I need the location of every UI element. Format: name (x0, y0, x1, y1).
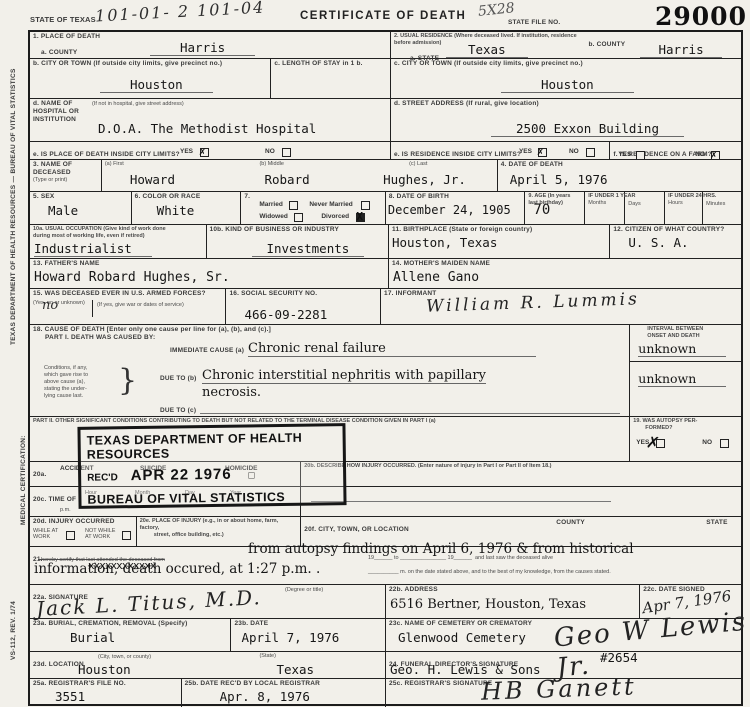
pm-label: p.m. (60, 507, 71, 514)
age-value: 70 (533, 202, 550, 218)
state-sublabel: (State) (259, 653, 382, 660)
margin-form-number: VS-112, REV. 1/74 (10, 601, 17, 660)
widowed-label: Widowed (259, 213, 287, 220)
residence-county-value: Harris (640, 42, 721, 58)
field-father-name: 13. FATHER'S NAME Howard Robard Hughes, … (30, 259, 389, 288)
residence-state-value: Texas (446, 42, 528, 58)
field-interval-column: INTERVAL BETWEEN ONSET AND DEATH unknown… (630, 325, 741, 416)
header: STATE OF TEXAS 101-01- 2 101-04 CERTIFIC… (0, 0, 750, 30)
place-city-label: b. CITY OR TOWN (If outside city limits,… (33, 60, 267, 68)
deceased-label-2: DECEASED (33, 169, 98, 177)
while-at-work-label-2: WORK (33, 534, 50, 541)
deceased-label-1: 3. NAME OF (33, 161, 98, 169)
burial-date-value: April 7, 1976 (241, 630, 339, 645)
hospital-sublabel: (If not in hospital, give street address… (92, 101, 184, 108)
immediate-cause-value: Chronic renal failure (248, 341, 536, 357)
cemetery-value: Glenwood Cemetery (398, 630, 526, 645)
married-checkbox (289, 201, 298, 210)
length-of-stay-label: c. LENGTH OF STAY in 1 b. (274, 60, 387, 68)
funeral-director-number: #2654 (600, 650, 638, 665)
conditions-brace: } (118, 363, 137, 398)
field-place-city-limits: e. IS PLACE OF DEATH INSIDE CITY LIMITS?… (30, 142, 391, 159)
registrar-date-value: Apr. 8, 1976 (220, 689, 310, 704)
hospital-value: D.O.A. The Methodist Hospital (98, 121, 316, 136)
injury-a-label: 20a. (33, 471, 46, 478)
sex-value: Male (48, 203, 78, 218)
widowed-checkbox (294, 213, 303, 222)
field-how-injury-occurred: 20b. DESCRIBE HOW INJURY OCCURRED. (Ente… (301, 462, 741, 486)
conditions-note-2: which gave rise to (44, 372, 88, 379)
received-stamp: TEXAS DEPARTMENT OF HEALTH RESOURCES REC… (77, 423, 346, 509)
injury-county-label: COUNTY (556, 519, 585, 527)
injury-f-label: 20f. CITY, TOWN, OR LOCATION (304, 526, 409, 533)
field-armed-forces: 15. WAS DECEASED EVER IN U.S. ARMED FORC… (30, 289, 226, 324)
due-to-c-label: DUE TO (c) (160, 407, 196, 415)
first-name-value: Howard (130, 172, 175, 187)
field-certifier-address: 22b. ADDRESS 6516 Bertner, Houston, Texa… (386, 585, 640, 618)
field-injury-answer-line (301, 487, 741, 516)
sex-label: 5. SEX (33, 193, 128, 201)
place-limits-yes-checkbox: ✗ (200, 148, 209, 157)
date-of-death-label: 4. DATE OF DEATH (501, 161, 738, 169)
burial-date-label: 23b. DATE (234, 620, 382, 628)
residence-county-label: b. COUNTY (588, 41, 625, 49)
margin-agency-text: TEXAS DEPARTMENT OF HEALTH RESOURCES — B… (10, 68, 17, 345)
under1-label: IF UNDER 1 YEAR (588, 193, 621, 200)
farm-no-checkbox: ✗ (711, 151, 720, 160)
field-hospital: d. NAME OF HOSPITAL OR INSTITUTION (If n… (30, 99, 391, 141)
injury-answer-line (311, 501, 611, 502)
injury-c-label: 20c. TIME OF (33, 496, 76, 503)
field-birthplace: 11. BIRTHPLACE (State or foreign country… (389, 225, 610, 258)
conditions-note-3: above cause (a), (44, 379, 85, 386)
place-city-limits-label: e. IS PLACE OF DEATH INSIDE CITY LIMITS? (33, 151, 180, 158)
field-residence-city: c. CITY OR TOWN (If outside city limits,… (391, 59, 741, 98)
field-registrar-signature: 25c. REGISTRAR'S SIGNATURE HB Ganett (386, 679, 741, 707)
never-married-checkbox (361, 201, 370, 210)
field-length-of-stay: c. LENGTH OF STAY in 1 b. (271, 59, 391, 98)
funeral-director-value: Geo. H. Lewis & Sons (390, 662, 541, 677)
armed-sub2: (If yes, give war or dates of service) (92, 300, 184, 317)
residence-limits-yes-checkbox: ✗ (538, 148, 547, 157)
due-to-b-label: DUE TO (b) (160, 375, 197, 383)
stamp-box-glyph: □ (248, 470, 254, 481)
handwritten-file-code: 101-01- 2 101-04 (95, 0, 266, 25)
armed-forces-label: 15. WAS DECEASED EVER IN U.S. ARMED FORC… (33, 290, 222, 298)
place-limits-yes-mark: ✗ (199, 145, 206, 158)
field-under1-days: Days (625, 192, 665, 224)
field-place-of-death: 1. PLACE OF DEATH a. COUNTY Harris (30, 32, 391, 58)
field-first-name: (a) First Howard (102, 160, 227, 191)
occupation-value: Industrialist (34, 241, 152, 257)
mother-label: 14. MOTHER'S MAIDEN NAME (392, 260, 738, 268)
state-of-texas-label: STATE OF TEXAS (30, 16, 96, 24)
never-married-label: Never Married (309, 201, 352, 208)
farm-yes-label: YES (618, 151, 631, 158)
field-last-name: (c) Last Hughes, Jr. (361, 160, 498, 191)
interval-a-value: unknown (638, 341, 726, 357)
field-burial-location: 23d. LOCATION (City, town, or county) Ho… (30, 652, 231, 678)
autopsy-yes-mark: ✗ (646, 428, 661, 453)
field-under24-hours: IF UNDER 24 HRS. Hours (665, 192, 703, 224)
conditions-note-5: lying cause last. (44, 393, 83, 400)
last-name-label: (c) Last (409, 161, 494, 168)
residence-city-label: c. CITY OR TOWN (If outside city limits,… (394, 60, 738, 68)
ssn-label: 16. SOCIAL SECURITY NO. (229, 290, 377, 298)
margin-medical-certification-text: MEDICAL CERTIFICATION: (20, 435, 27, 525)
location-value: Houston (78, 662, 131, 677)
stamp-date: APR 22 1976 (131, 466, 232, 484)
field-mother-name: 14. MOTHER'S MAIDEN NAME Allene Gano (389, 259, 741, 288)
autopsy-label-1: 19. WAS AUTOPSY PER- (633, 418, 738, 425)
minutes-label: Minutes (706, 201, 738, 208)
field-under1-months: IF UNDER 1 YEAR Months (585, 192, 625, 224)
field-burial-type: 23a. BURIAL, CREMATION, REMOVAL (Specify… (30, 619, 231, 651)
address-value: 6516 Bertner, Houston, Texas (390, 597, 586, 612)
registrar-file-label: 25a. REGISTRAR'S FILE NO. (33, 680, 178, 688)
registrar-date-label: 25b. DATE REC'D BY LOCAL REGISTRAR (185, 680, 382, 688)
age-label-1: 9. AGE (In years (528, 193, 581, 200)
field-cause-of-death: 18. CAUSE OF DEATH [Enter only one cause… (30, 325, 630, 416)
deceased-label-3: (Type or print) (33, 177, 98, 184)
field-registrar-date: 25b. DATE REC'D BY LOCAL REGISTRAR Apr. … (182, 679, 386, 707)
field-middle-name: (b) Middle Robard (226, 160, 361, 191)
field-informant: 17. INFORMANT William R. Lummis (381, 289, 741, 324)
due-to-b-value-2: necrosis. (202, 385, 261, 400)
occupation-label-2: during most of working life, even if ret… (33, 233, 203, 240)
business-label: 10b. KIND OF BUSINESS OR INDUSTRY (210, 226, 385, 234)
street-address-label: d. STREET ADDRESS (If rural, give locati… (394, 100, 738, 108)
field-under24-minutes: Minutes (703, 192, 741, 224)
place-city-value: Houston (100, 77, 213, 93)
field-burial-date: 23b. DATE April 7, 1976 (231, 619, 386, 651)
birthplace-label: 11. BIRTHPLACE (State or foreign country… (392, 226, 606, 234)
first-name-label: (a) First (105, 161, 224, 168)
field-deceased-name-label: 3. NAME OF DECEASED (Type or print) (30, 160, 102, 191)
interval-label-2: ONSET AND DEATH (647, 333, 738, 340)
farm-no-label: NO (695, 151, 705, 158)
father-label: 13. FATHER'S NAME (33, 260, 385, 268)
race-label: 6. COLOR OR RACE (135, 193, 238, 201)
injury-e-label-2: street, office building, etc.) (154, 532, 298, 539)
last-name-value: Hughes, Jr. (383, 172, 466, 187)
interval-b-value: unknown (638, 371, 726, 387)
birthplace-value: Houston, Texas (392, 235, 497, 250)
dob-label: 8. DATE OF BIRTH (389, 193, 522, 201)
place-county-label: a. COUNTY (41, 49, 77, 56)
field-occupation: 10a. USUAL OCCUPATION (Give kind of work… (30, 225, 207, 258)
field-registrar-file-no: 25a. REGISTRAR'S FILE NO. 3551 (30, 679, 182, 707)
interval-divider (630, 361, 741, 362)
stamp-agency-line: TEXAS DEPARTMENT OF HEALTH RESOURCES (87, 430, 337, 461)
residence-limits-no-label: NO (569, 148, 579, 155)
place-limits-no-checkbox (282, 148, 291, 157)
field-place-city: b. CITY OR TOWN (If outside city limits,… (30, 59, 271, 98)
due-to-b-value: Chronic interstitial nephritis with papi… (202, 368, 486, 384)
armed-sub1: (Yes, no or unknown) (33, 300, 85, 307)
divorced-label: Divorced (321, 213, 349, 220)
conditions-note-1: Conditions, if any, (44, 365, 114, 372)
middle-name-value: Robard (264, 172, 309, 187)
residence-limits-no-checkbox (586, 148, 595, 157)
field-race: 6. COLOR OR RACE White (132, 192, 242, 224)
hospital-label-2: HOSPITAL OR (33, 108, 387, 116)
field-residence-state: 2. USUAL RESIDENCE (Where deceased lived… (391, 32, 585, 58)
farm-yes-checkbox (636, 151, 645, 160)
autopsy-no-checkbox (720, 439, 729, 448)
place-county-value: Harris (150, 40, 255, 56)
dob-value: December 24, 1905 (388, 203, 511, 217)
injury-b-label: 20b. DESCRIBE HOW INJURY OCCURRED. (Ente… (304, 463, 738, 470)
residence-limits-label: e. IS RESIDENCE INSIDE CITY LIMITS? (394, 151, 521, 158)
injury-state-label: STATE (706, 519, 727, 527)
field-ssn: 16. SOCIAL SECURITY NO. 466-09-2281 (226, 289, 381, 324)
divorced-mark: X (356, 210, 363, 223)
stamp-received-line: REC'D APR 22 1976 □ (87, 464, 337, 484)
field-sex: 5. SEX Male (30, 192, 132, 224)
race-value: White (157, 203, 195, 218)
months-label: Months (588, 200, 621, 207)
field-date-of-death: 4. DATE OF DEATH April 5, 1976 (498, 160, 741, 191)
field-residence-city-limits: e. IS RESIDENCE INSIDE CITY LIMITS? YES … (391, 142, 610, 159)
injury-d-label: 20d. INJURY OCCURRED (33, 518, 133, 526)
place-limits-yes-label: YES (180, 148, 193, 155)
field-residence-county: b. COUNTY Harris (585, 32, 741, 58)
not-while-label-2: AT WORK (85, 534, 110, 541)
certify-typed-2: information, death occured, at 1:27 p.m.… (34, 561, 320, 577)
certifier-signature: Jack L. Titus, M.D. (36, 585, 263, 621)
field-date-of-birth: 8. DATE OF BIRTH December 24, 1905 (386, 192, 526, 224)
while-at-work-checkbox (66, 531, 75, 540)
hours-label: Hours (668, 200, 699, 207)
stamp-bureau-line: BUREAU OF VITAL STATISTICS (87, 489, 337, 506)
hospital-label-1: d. NAME OF (33, 100, 387, 108)
field-age: 9. AGE (In years last birthday) 70 (525, 192, 585, 224)
middle-name-label: (b) Middle (259, 161, 358, 168)
citizen-label: 12. CITIZEN OF WHAT COUNTRY? (613, 226, 738, 234)
field-street-address: d. STREET ADDRESS (If rural, give locati… (391, 99, 741, 141)
injury-e-label: 20e. PLACE OF INJURY (e.g., in or about … (140, 518, 298, 532)
married-label: Married (259, 201, 282, 208)
field-autopsy: 19. WAS AUTOPSY PER- FORMED? YES ✗ NO (630, 417, 741, 461)
ssn-value: 466-09-2281 (244, 307, 327, 322)
burial-state-value: Texas (276, 662, 314, 677)
field-marital-status: 7. Married Never Married Widowed Divorce… (241, 192, 386, 224)
burial-type-value: Burial (70, 630, 115, 645)
father-value: Howard Robard Hughes, Sr. (34, 270, 230, 285)
immediate-cause-label: IMMEDIATE CAUSE (a) (170, 347, 244, 355)
address-label: 22b. ADDRESS (389, 586, 636, 594)
interval-label-1: INTERVAL BETWEEN (647, 326, 738, 333)
certify-printed-3: __________ m. on the date stated above, … (368, 569, 611, 576)
cause-label: 18. CAUSE OF DEATH [Enter only one cause… (33, 326, 626, 334)
field-residence-farm: f. IS RESIDENCE ON A FARM? YES NO ✗ (610, 142, 741, 159)
date-of-death-value: April 5, 1976 (510, 172, 608, 187)
field-certifier-signature: 22a. SIGNATURE (Degree or title) Jack L.… (30, 585, 386, 618)
state-file-no-label: STATE FILE NO. (508, 19, 560, 27)
business-value: Investments (252, 241, 365, 257)
field-business: 10b. KIND OF BUSINESS OR INDUSTRY Invest… (207, 225, 389, 258)
place-limits-no-label: NO (265, 148, 275, 155)
burial-type-label: 23a. BURIAL, CREMATION, REMOVAL (Specify… (33, 620, 227, 628)
days-label: Days (628, 201, 661, 208)
field-injury-occurred: 20d. INJURY OCCURRED WHILE AT WORK NOT W… (30, 517, 137, 546)
certificate-form: 1. PLACE OF DEATH a. COUNTY Harris 2. US… (28, 30, 743, 706)
mother-value: Allene Gano (393, 270, 479, 285)
due-to-c-line (200, 413, 620, 414)
residence-city-value: Houston (501, 77, 634, 93)
location-label: 23d. LOCATION (33, 661, 84, 668)
registrar-file-value: 3551 (55, 689, 85, 704)
certify-printed-2: 19______ to _______________ 19______ and… (368, 555, 553, 562)
street-address-value: 2500 Exxon Building (491, 121, 684, 137)
residence-limits-yes-label: YES (519, 148, 532, 155)
degree-label: (Degree or title) (285, 587, 323, 594)
citizen-value: U. S. A. (628, 235, 688, 250)
occupation-label-1: 10a. USUAL OCCUPATION (Give kind of work… (33, 226, 203, 233)
field-citizen: 12. CITIZEN OF WHAT COUNTRY? U. S. A. (610, 225, 741, 258)
certificate-title: CERTIFICATE OF DEATH (300, 10, 466, 22)
marital-label: 7. (244, 193, 382, 201)
not-while-checkbox (122, 531, 131, 540)
conditions-note-4: stating the under- (44, 386, 87, 393)
death-certificate-scan: TEXAS DEPARTMENT OF HEALTH RESOURCES — B… (0, 0, 750, 707)
handwritten-note: 5X28 (477, 0, 515, 20)
state-file-number: 29000 (655, 2, 747, 31)
stamp-recd-label: REC'D (87, 472, 118, 483)
autopsy-no-label: NO (702, 439, 712, 446)
under24-label: IF UNDER 24 HRS. (668, 193, 699, 200)
armed-forces-value: no (42, 298, 58, 313)
location-sublabel: (City, town, or county) (98, 654, 151, 661)
field-burial-state: (State) Texas (231, 652, 386, 678)
residence-limits-yes-mark: ✗ (537, 145, 544, 158)
divorced-checkbox: X (356, 213, 365, 222)
field-certification: 21. I hereby certify that last attended … (30, 547, 741, 584)
